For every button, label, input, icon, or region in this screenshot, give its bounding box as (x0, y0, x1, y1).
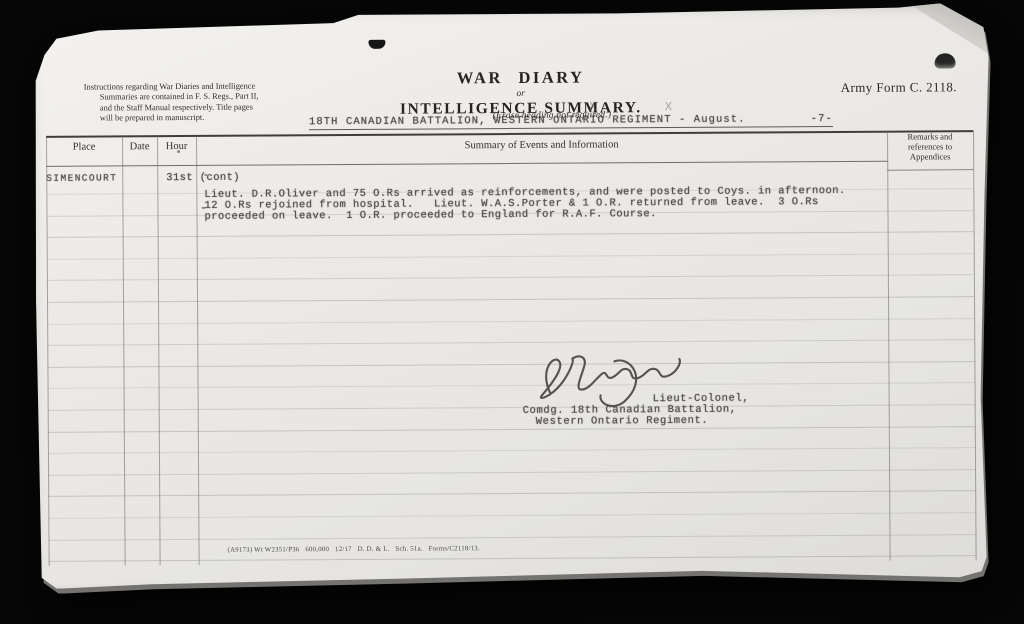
table-header-underline (46, 161, 888, 167)
remarks-header-line: Appendices (887, 152, 973, 162)
printer-imprint: (A9173) Wt W2351/P36 600,000 12/17 D. D.… (228, 545, 480, 554)
ruled-lines (28, 3, 990, 9)
punch-hole-mark (935, 53, 956, 68)
page-number: -7- (811, 113, 833, 125)
table-top-border (46, 130, 973, 138)
form-instructions: Instructions regarding War Diaries and I… (84, 81, 334, 124)
remarks-header-underline (887, 169, 973, 171)
entry-hour: 31st (cont) (166, 172, 240, 184)
column-header-hour: Hour (157, 141, 196, 152)
column-header-date: Date (122, 141, 157, 152)
typed-strike-mark: X (665, 100, 672, 114)
form-title: WAR DIARY (376, 67, 666, 89)
army-form-number: Army Form C. 2118. (841, 79, 1021, 96)
entry-summary-line: proceeded on leave. 1 O.R. proceeded to … (204, 208, 656, 223)
signature-command-line: Western Ontario Regiment. (536, 415, 709, 428)
column-header-summary: Summary of Events and Information (196, 138, 887, 153)
scanned-page-background: Instructions regarding War Diaries and I… (0, 0, 1024, 624)
war-diary-page: Instructions regarding War Diaries and I… (28, 3, 994, 589)
ink-blot-mark (368, 40, 385, 49)
folded-corner-mark (908, 3, 990, 55)
entry-place: SIMENCOURT (46, 172, 117, 183)
column-header-place: Place (46, 141, 122, 152)
column-header-remarks: Remarks and references to Appendices (887, 132, 973, 162)
erase-heading-note: (Erase heading not required.) (447, 110, 657, 121)
instructions-line: will be prepared in manuscript. (100, 112, 334, 124)
form-title-or: or (376, 88, 666, 100)
table-column-lines (28, 3, 990, 9)
